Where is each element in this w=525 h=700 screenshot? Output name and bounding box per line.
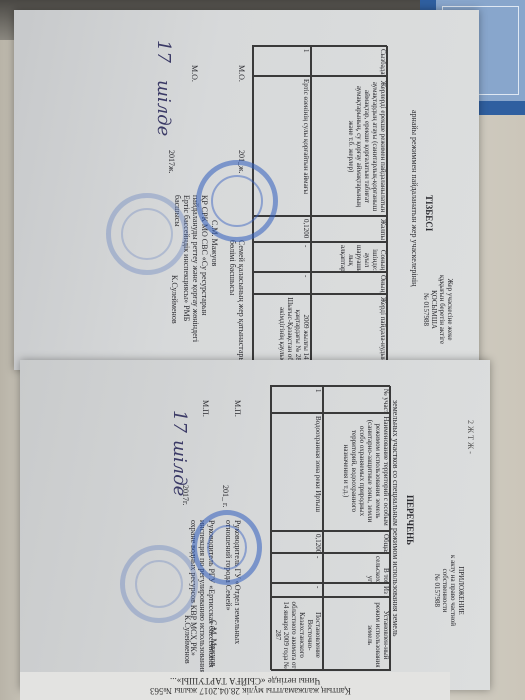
ru-header-line: ПРИЛОЖЕНИЕ <box>457 555 465 626</box>
ru-name-2: К.Сулейменов <box>183 615 192 664</box>
kz-td: 0,1200 <box>302 219 310 238</box>
ru-header-line: к акту на право частной <box>449 555 457 626</box>
kz-th: Соның ішінде: ауыл шаруашы-лық алқаптары <box>339 245 387 272</box>
kz-date-month-2: шілде <box>153 80 174 136</box>
ru-date-day-2: 17 <box>169 410 190 433</box>
kz-header-line: № 0157988 <box>422 275 430 344</box>
kz-seal-2: М.О. <box>190 65 199 82</box>
russian-appendix-page: ПРИЛОЖЕНИЕ к акту на право частной собст… <box>20 360 490 690</box>
ru-th: Общая площадь, га <box>382 534 390 553</box>
ru-seal-2: М.П. <box>201 400 210 417</box>
kz-name-2: К.Сулейменов <box>170 275 179 324</box>
ru-th: № участка на чертеже <box>382 389 390 413</box>
kz-title: ТІЗБЕСІ <box>424 195 434 231</box>
official-stamp <box>196 160 278 242</box>
kz-seal-1: М.О. <box>237 65 246 82</box>
kz-td: 1 <box>302 49 310 53</box>
ru-date-year-2: 2017г. <box>181 485 190 505</box>
official-stamp <box>120 545 198 623</box>
kz-td: - <box>302 275 310 277</box>
kz-header-line: Жер учаскесіне жеке <box>446 275 454 344</box>
kz-subtitle: арнайы режиммен пайдаланатын жер учаскел… <box>410 110 419 286</box>
kz-date-year-2: 2017ж. <box>167 150 176 174</box>
ru-th: Наименование территорий с особым режимом… <box>342 416 390 526</box>
kz-header: Жер учаскесіне жеке құқығын беретін акті… <box>422 275 454 344</box>
kz-th: Жерлерді ерекше режимен пайдаланылатын а… <box>347 79 387 214</box>
ru-td: - <box>314 586 322 588</box>
ru-subtitle: земельных участков со специальным режимо… <box>391 400 400 637</box>
official-stamp <box>192 510 262 585</box>
kz-td: Ертіс өзенінің сулы қорғайтын аймағы <box>302 79 310 194</box>
ru-date-1: 201_ г. <box>221 485 230 507</box>
ru-th: Установлен-ный режим использования земел… <box>366 600 390 670</box>
ru-td: 1 <box>314 389 322 393</box>
kz-th: Жалпы көлемі, га <box>379 219 387 242</box>
kz-th: Оның ішінде: егістік <box>379 275 387 294</box>
ru-th: В том числе сельскохозяйственных угодий <box>366 556 390 583</box>
official-stamp <box>106 193 188 275</box>
ru-seal-1: М.П. <box>233 400 242 417</box>
underlying-document-strip: Қаптың жалжамалтты мүлік 28.04.2017 жылы… <box>20 672 450 700</box>
stray-mark: 2 Ж Т Ж - <box>466 420 475 454</box>
ru-td: Постановление Восточно-Казахстанского об… <box>274 600 322 670</box>
kz-td: - <box>302 245 310 247</box>
kz-org-1: Семей қаласының жер қатынастары бөлімі б… <box>228 240 246 370</box>
ru-td: - <box>314 556 322 558</box>
ru-td: 0,1200 <box>314 534 322 553</box>
ru-header-line: № 0157988 <box>433 555 441 626</box>
ru-header: ПРИЛОЖЕНИЕ к акту на право частной собст… <box>433 555 465 626</box>
ru-td: Водоохранная зона реки Иртыш <box>314 416 322 512</box>
kz-th: Сызбадағы учаске № <box>379 49 387 76</box>
ru-th: Из них пашни <box>382 586 390 597</box>
note-line: Қаптың жалжамалтты мүлік 28.04.2017 жылы… <box>150 686 351 696</box>
kz-header-line: ҚОСЫМША <box>430 275 438 344</box>
note-line: Чины нетінде «СЫЙҒА ТАРТУШЫ»... <box>170 676 320 686</box>
kz-header-line: құқығын беретін актіге <box>438 275 446 344</box>
ru-title: ПЕРЕЧЕНЬ <box>405 495 415 545</box>
kazakh-appendix-page: Жер учаскесіне жеке құқығын беретін акті… <box>14 10 479 370</box>
ru-header-line: собственности <box>441 555 449 626</box>
ru-table: № участка на чертеже Наименование террит… <box>270 385 390 670</box>
kz-date-day-2: 17 <box>153 40 174 63</box>
